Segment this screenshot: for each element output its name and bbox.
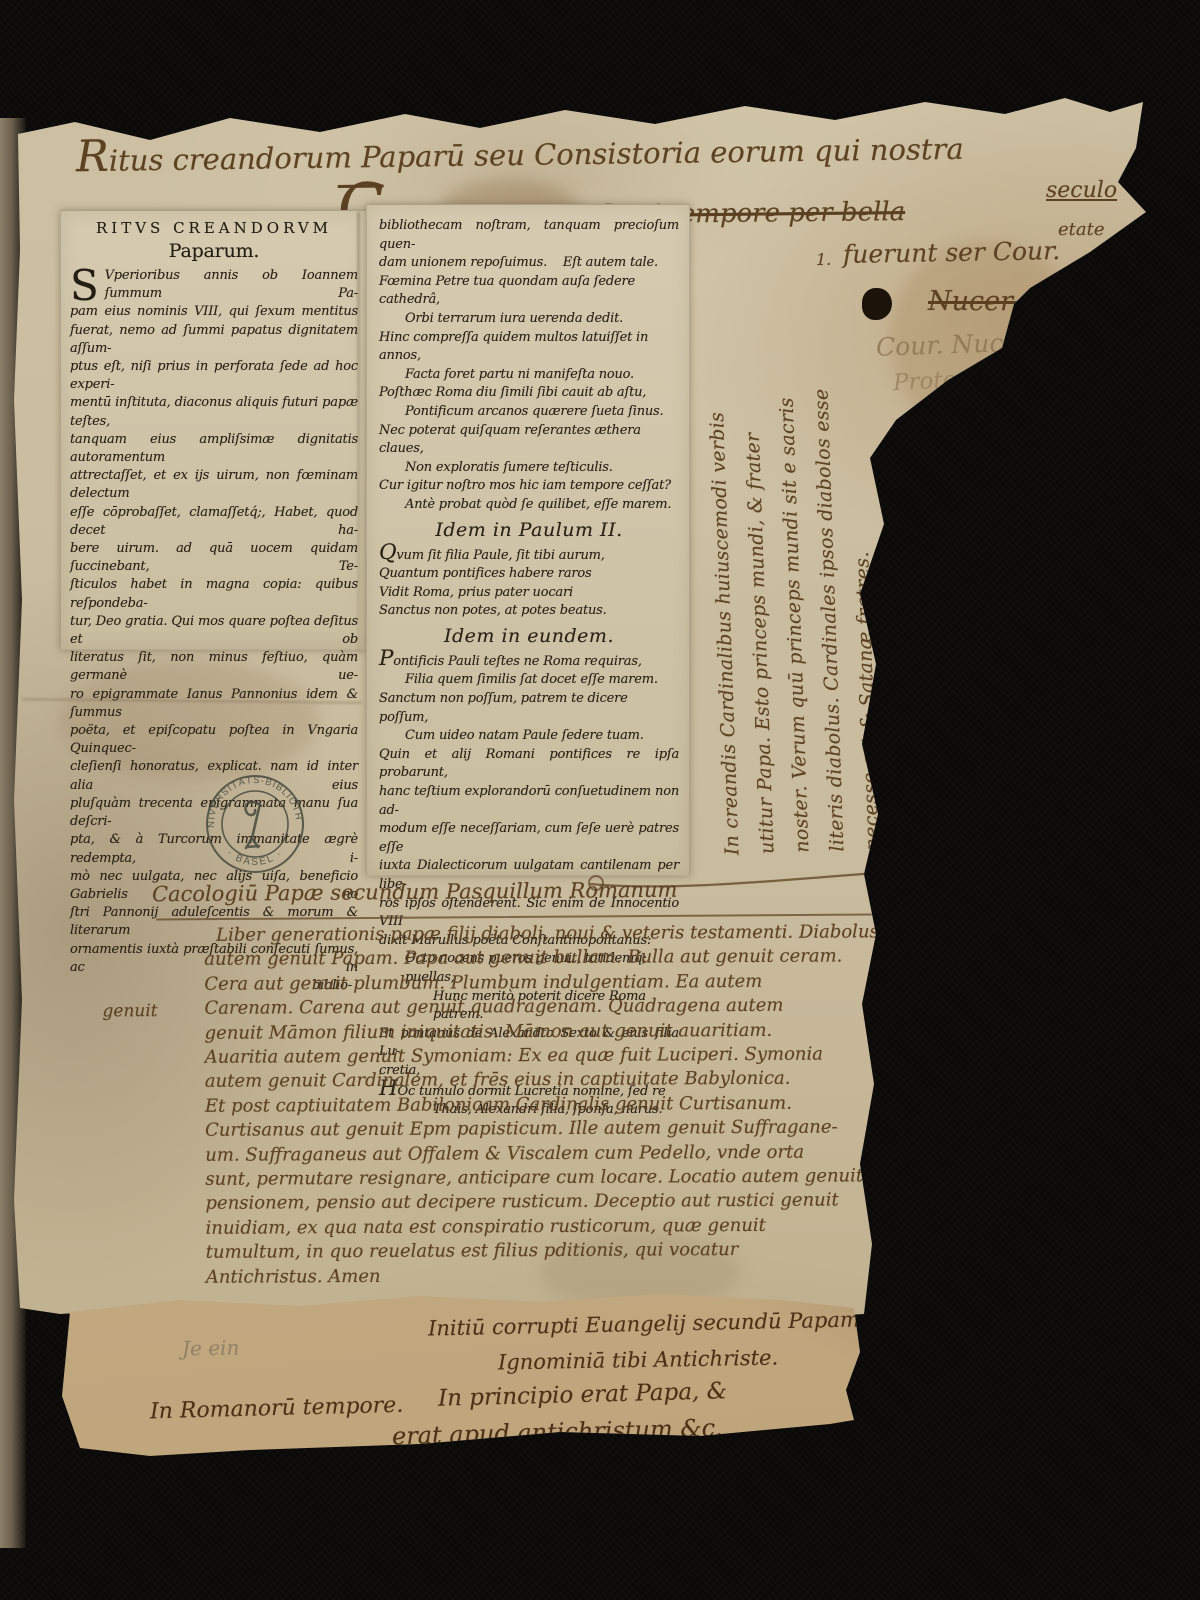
handwritten-margin-word: genuit [102, 999, 157, 1024]
printed-text-line: Pontificis Pauli teſtes ne Roma requiras… [379, 651, 679, 672]
handwritten-fuerunt-line: fuerunt ser Cour. [843, 236, 1061, 269]
handwritten-line: Liber generationis papæ filij diaboli, n… [204, 920, 894, 948]
handwritten-line: autem genuit Cardinalem, et frēs eius in… [205, 1067, 895, 1095]
handwritten-nucer-struck: Nucer. [928, 286, 1019, 317]
printed-text-line: Sanctum non poſſum, patrem te dicere poſ… [379, 690, 679, 727]
printed-text-line: hanc teſtium explorandorū conſuetudinem … [379, 783, 679, 820]
printed-text-line: bibliothecam noſtram, tanquam precioſum … [379, 217, 679, 254]
handwritten-line: Curtisanus aut genuit Epm papisticum. Il… [205, 1115, 895, 1143]
section-heading-cacologium: Cacologiū Papæ secundum Pasquillum Roman… [152, 878, 678, 907]
printed-text-line: ptus eſt, niſi prius in perforata ſede a… [70, 358, 358, 394]
basel-library-stamp: UNIVERSITÄTS-BIBLIOTHEK · BASEL · [203, 772, 307, 876]
strip-line-initium: Initiū corrupti Euangelij secundū Papam [428, 1307, 860, 1340]
printed-text-line: Orbi terrarum iura uerenda dedit. [379, 310, 679, 329]
printed-text-line: literatus ſit, non minus feſtiuo, quàm g… [70, 649, 358, 685]
printed-text-line: ſticulos habet in magna copia: quibus re… [70, 576, 358, 612]
handwritten-line: autem genuit Papam. Papa aut genuit bull… [204, 945, 894, 973]
printed-subheading: Idem in Paulum II. [379, 518, 679, 543]
handwritten-line: tumultum, in quo reuelatus est filius pd… [206, 1237, 896, 1265]
handwritten-line: Cera aut genuit plumbum. Plumbum indulge… [204, 969, 894, 997]
svg-text:UNIVERSITÄTS-BIBLIOTHEK: UNIVERSITÄTS-BIBLIOTHEK [203, 772, 305, 828]
printed-text-line: Facta foret partu ni manifeſta nouo. [379, 366, 679, 385]
printed-text-line: poëta, et epiſcopatu poſtea in Vngaria Q… [70, 722, 358, 758]
handwritten-line: Antichristus. Amen [206, 1262, 896, 1290]
printed-text-line: pam eius nominis VIII, qui ſexum mentitu… [70, 303, 358, 321]
printed-text-line: modum eſſe neceſſariam, cum ſeſe uerè pa… [379, 820, 679, 857]
baselstab-icon [245, 802, 261, 848]
handwritten-mark: 1. [816, 250, 831, 269]
printed-text-line: Antè probat quòd ſe quilibet, eſſe marem… [379, 496, 679, 515]
printed-subheading: Idem in eundem. [379, 624, 679, 649]
paper-crease [357, 212, 360, 652]
handwritten-line: um. Suffraganeus aut Offalem & Viscalem … [205, 1140, 895, 1168]
printed-text-line: mentū inſtituta, diaconus aliquis futuri… [70, 394, 358, 430]
handwritten-line: genuit Māmon filium iniquitatis. Māmon a… [205, 1018, 895, 1046]
printed-text-line: Fœmina Petre tua quondam auſa ſedere cat… [379, 273, 679, 310]
printed-text-line: Non exploratis ſumere teſticulis. [379, 459, 679, 478]
handwritten-word-etate: etate [1058, 219, 1105, 240]
printed-text-line: Nec poterat quiſquam reſerantes æthera c… [379, 422, 679, 459]
vertical-margin-note: In creandis Cardinalibus huiuscemodi ver… [700, 296, 888, 862]
printed-text-line: Vidit Roma, prius pater uocari [379, 584, 679, 603]
handwritten-genealogy-text: Liber generationis papæ filij diaboli, n… [204, 920, 896, 1290]
pencil-note: Je ein [182, 1336, 240, 1361]
printed-text-line: dam unionem repoſuimus. Eſt autem tale. [379, 254, 679, 273]
handwritten-line: inuidiam, ex qua nata est conspiratio ru… [206, 1213, 896, 1241]
printed-text-line: tur, Deo gratia. Qui mos quare poſtea de… [70, 613, 358, 649]
printed-text-line: Vperioribus annis ob Ioannem ſummum Pa- [70, 267, 358, 303]
printed-text-line: Cur igitur noſtro mos hic iam tempore ce… [379, 477, 679, 496]
printed-text-line: tanquam eius ampliſsimæ dignitatis autor… [70, 431, 358, 467]
printed-text-line: Qvum ſit filia Paule, ſit tibi aurum, [379, 545, 679, 566]
handwritten-line: pensionem, pensio aut decipere rusticum.… [205, 1189, 895, 1217]
strip-line-in-principio: In principio erat Papa, & [438, 1378, 728, 1412]
printed-text-line: Filia quem ſimilis ſat docet eſſe marem. [379, 671, 679, 690]
drop-cap-s: S [70, 267, 105, 302]
printed-text-line: attrectaſſet, et ex ijs uirum, non fœmin… [70, 467, 358, 503]
printed-heading-paparum: Paparum. [70, 239, 358, 263]
printed-column-left: RITVS CREANDORVM Paparum. S Vperioribus … [60, 210, 368, 650]
strip-line-ignominia: Ignominiā tibi Antichriste. [498, 1346, 779, 1375]
printed-text-line: Pontificum arcanos quærere ſueta ſinus. [379, 403, 679, 422]
printed-text-line: Quantum pontifices habere raros [379, 565, 679, 584]
strip-line-in-romanorum: In Romanorū tempore. [150, 1393, 404, 1425]
svg-text:· BASEL ·: · BASEL · [225, 848, 285, 868]
handwritten-line: Auaritia autem genuit Symoniam: Ex ea qu… [205, 1042, 895, 1070]
printed-text-line: Sanctus non potes, at potes beatus. [379, 602, 679, 621]
handwritten-line: Et post captiuitatem Babilonicam Cardina… [205, 1091, 895, 1119]
handwritten-line: sunt, permutare resignare, anticipare cu… [205, 1164, 895, 1192]
handwritten-word-seculo: seculo [1046, 178, 1117, 203]
printed-heading-ritus: RITVS CREANDORVM [70, 217, 358, 239]
printed-text-line: Cum uideo natam Paule ſedere tuam. [379, 727, 679, 746]
printed-column-right: bibliothecam noſtram, tanquam precioſum … [366, 204, 690, 876]
scanned-manuscript-photo: { "top": { "line1": "Ritus creandorum Pa… [0, 0, 1200, 1600]
printed-text-line: eſſe cōprobaſſet, clamaſſetq́;, Habet, q… [70, 504, 358, 540]
printed-text-line: Hinc compreſſa quidem multos latuiſſet i… [379, 329, 679, 366]
printed-text-line: fuerat, nemo ad ſummi papatus dignitatem… [70, 322, 358, 358]
printed-text-line: bere uirum. ad quā uocem quidam ſuccineb… [70, 540, 358, 576]
printed-text-line: Poſthæc Roma diu ſimili ſibi cauit ab aſ… [379, 384, 679, 403]
printed-text-line: Quin et alij Romani pontifices re ipſa p… [379, 746, 679, 783]
handwritten-line: genuitCarenam. Carena aut genuit quadrag… [204, 993, 894, 1021]
printed-text-line: ro epigrammate Ianus Pannonius idem & ſu… [70, 686, 358, 722]
